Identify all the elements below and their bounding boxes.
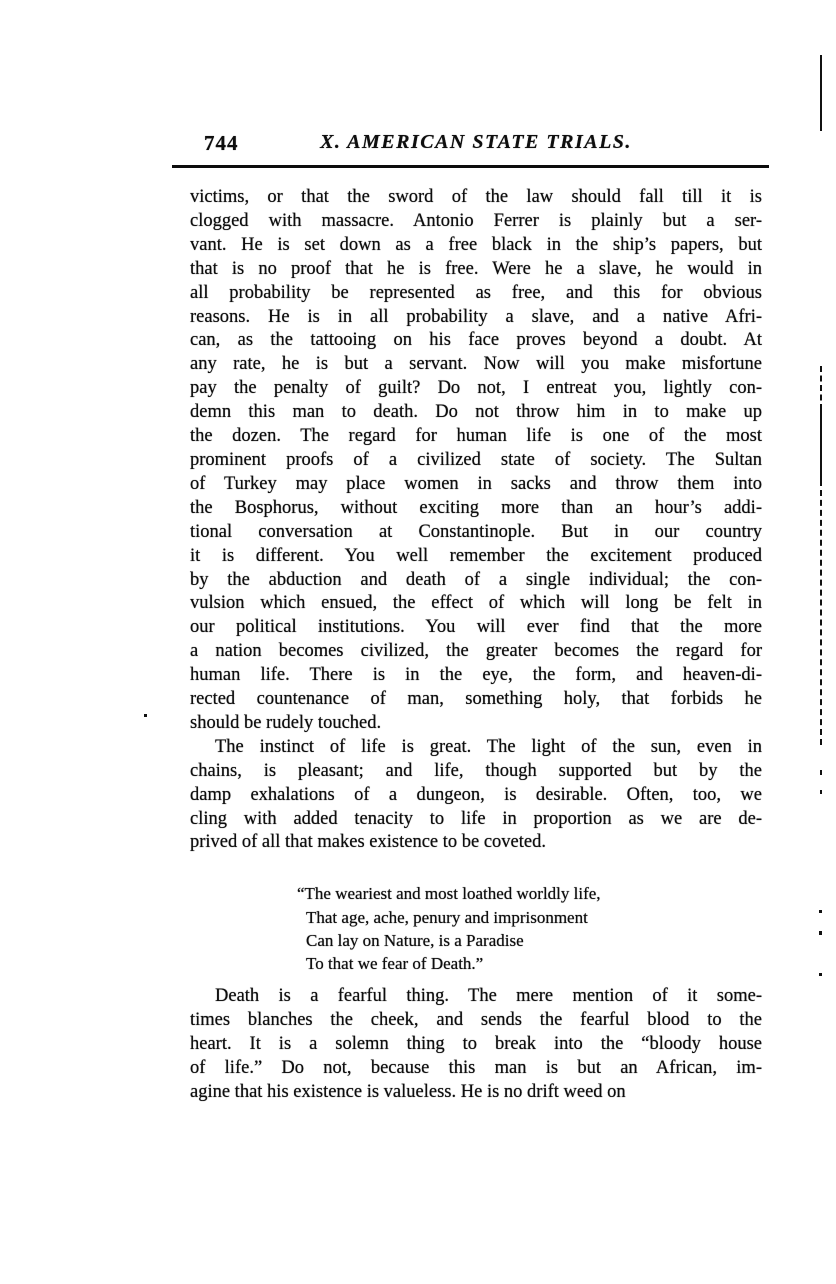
- text-line: vulsion which ensued, the effect of whic…: [190, 592, 762, 616]
- scan-speck: [820, 790, 822, 794]
- text-line: reasons. He is in all probability a slav…: [190, 306, 762, 330]
- text-line: demn this man to death. Do not throw him…: [190, 401, 762, 425]
- scan-speck: [819, 931, 822, 935]
- text-line: of Turkey may place women in sacks and t…: [190, 473, 762, 497]
- text-line: tional conversation at Constantinople. B…: [190, 521, 762, 545]
- header-rule: [172, 165, 769, 168]
- verse-quote: “The weariest and most loathed worldly l…: [297, 882, 762, 975]
- text-line: can, as the tattooing on his face proves…: [190, 329, 762, 353]
- text-line: vant. He is set down as a free black in …: [190, 234, 762, 258]
- text-line: Death is a fearful thing. The mere menti…: [190, 985, 762, 1009]
- text-line: “The weariest and most loathed worldly l…: [297, 882, 762, 905]
- text-line: victims, or that the sword of the law sh…: [190, 186, 762, 210]
- text-line: of life.” Do not, because this man is bu…: [190, 1057, 762, 1081]
- text-line: prominent proofs of a civilized state of…: [190, 449, 762, 473]
- text-line: chains, is pleasant; and life, though su…: [190, 760, 762, 784]
- text-line: cling with added tenacity to life in pro…: [190, 808, 762, 832]
- text-line: should be rudely touched.: [190, 712, 762, 736]
- text-line: That age, ache, penury and imprisonment: [297, 906, 762, 929]
- paragraph: victims, or that the sword of the law sh…: [190, 186, 762, 736]
- scan-edge-line: [820, 366, 822, 410]
- running-title: X. AMERICAN STATE TRIALS.: [190, 131, 762, 154]
- scan-edge-line: [820, 55, 822, 131]
- text-line: agine that his existence is valueless. H…: [190, 1081, 762, 1105]
- paragraph: Death is a fearful thing. The mere menti…: [190, 985, 762, 1105]
- text-line: that is no proof that he is free. Were h…: [190, 258, 762, 282]
- text-line: our political institutions. You will eve…: [190, 616, 762, 640]
- text-line: any rate, he is but a servant. Now will …: [190, 353, 762, 377]
- scan-speck: [819, 910, 822, 913]
- page-header: 744 X. AMERICAN STATE TRIALS.: [190, 131, 762, 159]
- text-line: rected countenance of man, something hol…: [190, 688, 762, 712]
- text-line: the Bosphorus, without exciting more tha…: [190, 497, 762, 521]
- text-line: all probability be represented as free, …: [190, 282, 762, 306]
- text-line: a nation becomes civilized, the greater …: [190, 640, 762, 664]
- text-line: human life. There is in the eye, the for…: [190, 664, 762, 688]
- text-line: The instinct of life is great. The light…: [190, 736, 762, 760]
- text-line: clogged with massacre. Antonio Ferrer is…: [190, 210, 762, 234]
- text-line: it is different. You well remember the e…: [190, 545, 762, 569]
- scan-speck: [820, 770, 822, 775]
- text-line: pay the penalty of guilt? Do not, I entr…: [190, 377, 762, 401]
- text-line: To that we fear of Death.”: [297, 952, 762, 975]
- text-line: damp exhalations of a dungeon, is desira…: [190, 784, 762, 808]
- text-line: by the abduction and death of a single i…: [190, 569, 762, 593]
- scan-speck: [819, 973, 822, 976]
- text-line: heart. It is a solemn thing to break int…: [190, 1033, 762, 1057]
- paragraph: The instinct of life is great. The light…: [190, 736, 762, 856]
- text-line: the dozen. The regard for human life is …: [190, 425, 762, 449]
- scan-speck: [144, 714, 147, 717]
- text-line: Can lay on Nature, is a Paradise: [297, 929, 762, 952]
- document-page: 744 X. AMERICAN STATE TRIALS. victims, o…: [0, 0, 836, 1284]
- text-line: prived of all that makes existence to be…: [190, 831, 762, 855]
- scan-edge-line: [820, 410, 822, 480]
- scan-edge-line: [820, 480, 822, 745]
- page-body: victims, or that the sword of the law sh…: [190, 186, 762, 1105]
- text-line: times blanches the cheek, and sends the …: [190, 1009, 762, 1033]
